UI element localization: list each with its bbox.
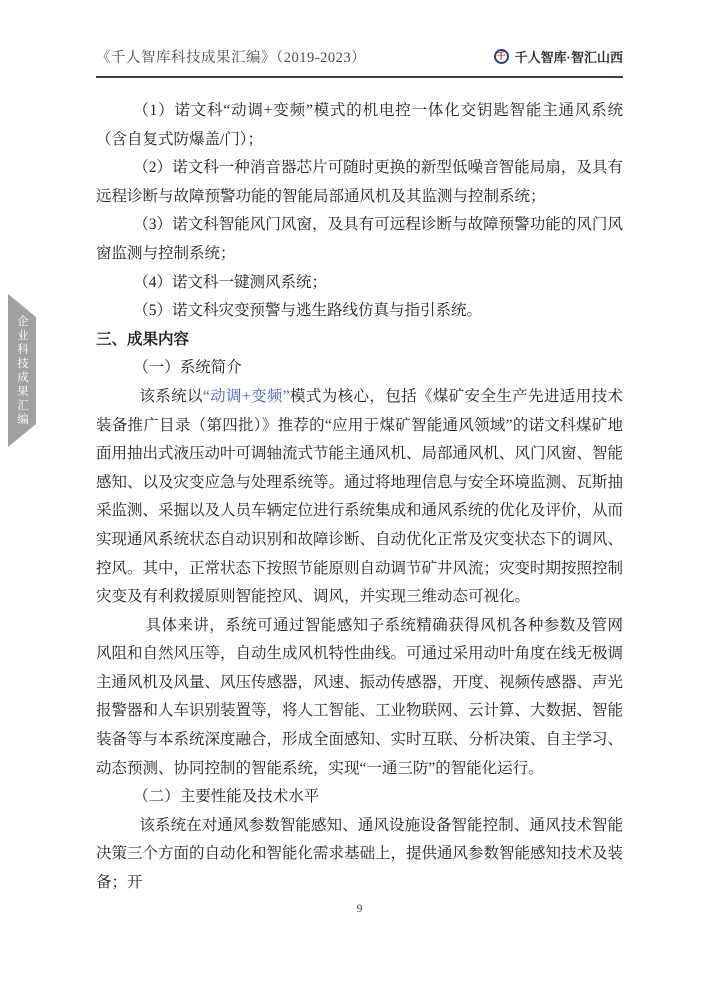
intro-text-after: 模式为核心，包括《煤矿安全生产先进适用技术装备推广目录（第四批）》推荐的“应用于… <box>96 388 623 605</box>
document-page: 企业科技成果汇编 《千人智库科技成果汇编》（2019-2023） 千 千人智库·… <box>0 0 712 1000</box>
logo-glyph: 千 <box>497 52 506 61</box>
header-brand: 千 千人智库·智汇山西 <box>494 47 623 66</box>
side-tab-category: 企业科技成果汇编 <box>8 294 36 447</box>
document-body: （1）诺文科“动调+变频”模式的机电控一体化交钥匙智能主通风系统（含自复式防爆盖… <box>96 97 623 898</box>
page-header: 《千人智库科技成果汇编》（2019-2023） 千 千人智库·智汇山西 <box>96 46 623 78</box>
list-item-5: （5）诺文科灾变预警与逃生路线仿真与指引系统。 <box>96 297 623 326</box>
detail-paragraph: 具体来讲，系统可通过智能感知子系统精确获得风机各种参数及管网风阻和自然风压等，自… <box>96 612 623 784</box>
list-item-4: （4）诺文科一键测风系统； <box>96 269 623 298</box>
sub-heading-performance: （二）主要性能及技术水平 <box>96 783 623 812</box>
intro-text-highlight: “动调+变频” <box>203 388 290 405</box>
list-item-1: （1）诺文科“动调+变频”模式的机电控一体化交钥匙智能主通风系统（含自复式防爆盖… <box>96 97 623 154</box>
side-tab-label: 企业科技成果汇编 <box>14 315 30 427</box>
intro-paragraph: 该系统以“动调+变频”模式为核心，包括《煤矿安全生产先进适用技术装备推广目录（第… <box>96 383 623 612</box>
list-item-2: （2）诺文科一种消音器芯片可随时更换的新型低噪音智能局扇，及具有远程诊断与故障预… <box>96 154 623 211</box>
brand-text: 千人智库·智汇山西 <box>515 47 623 66</box>
intro-text-before: 该系统以 <box>139 388 203 405</box>
brand-logo-icon: 千 <box>494 49 509 64</box>
performance-paragraph: 该系统在对通风参数智能感知、通风设施设备智能控制、通风技术智能决策三个方面的自动… <box>96 812 623 898</box>
sub-heading-system-intro: （一）系统简介 <box>96 354 623 383</box>
section-heading: 三、成果内容 <box>96 326 623 355</box>
page-number: 9 <box>357 901 363 915</box>
list-item-3: （3）诺文科智能风门风窗，及具有可远程诊断与故障预警功能的风门风窗监测与控制系统… <box>96 211 623 268</box>
page-footer: 9 <box>96 899 623 917</box>
header-title: 《千人智库科技成果汇编》（2019-2023） <box>96 46 366 67</box>
